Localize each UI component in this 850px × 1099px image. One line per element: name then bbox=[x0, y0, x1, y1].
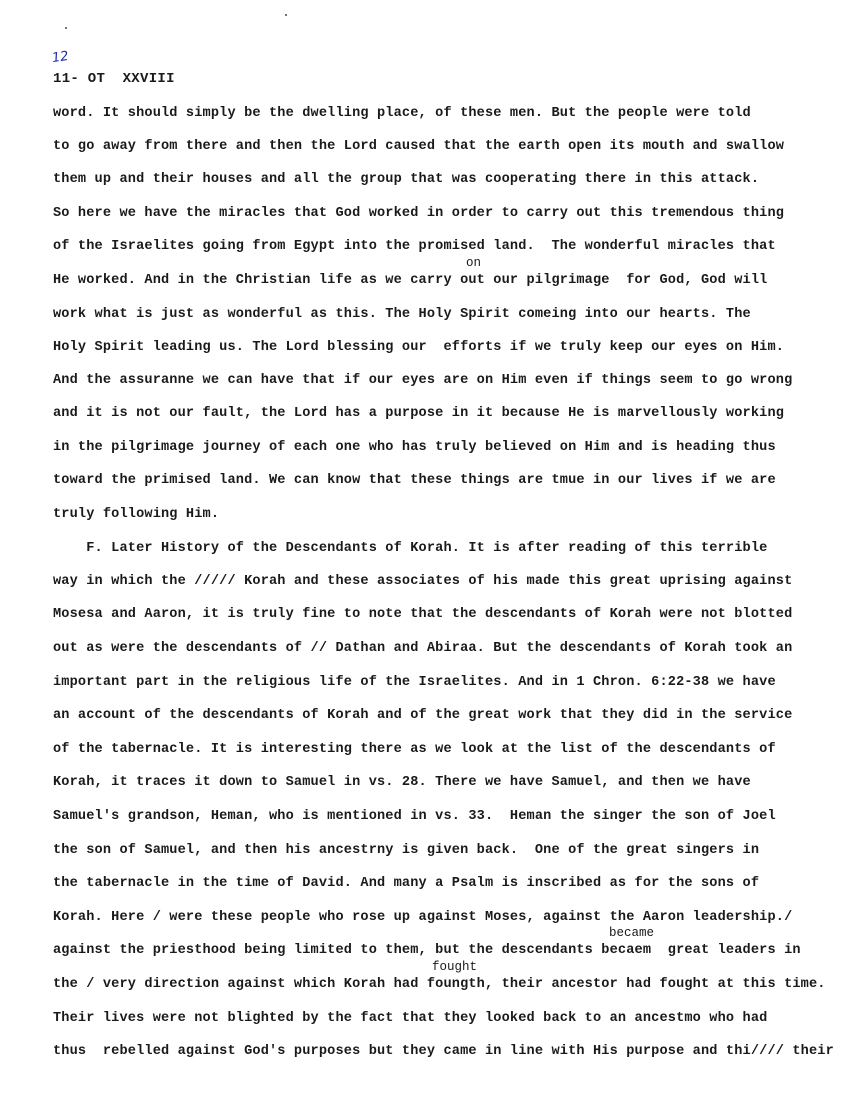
scan-speck bbox=[285, 14, 287, 16]
text-line: an account of the descendants of Korah a… bbox=[53, 708, 792, 723]
text-line: of the Israelites going from Egypt into … bbox=[53, 239, 776, 254]
text-line: Korah, it traces it down to Samuel in vs… bbox=[53, 775, 751, 790]
section-heading-line: F. Later History of the Descendants of K… bbox=[53, 541, 767, 556]
text-line: toward the primised land. We can know th… bbox=[53, 473, 776, 488]
text-line: Mosesa and Aaron, it is truly fine to no… bbox=[53, 607, 792, 622]
page-header: 11- OT XXVIII bbox=[53, 71, 175, 87]
text-line: and it is not our fault, the Lord has a … bbox=[53, 406, 784, 421]
text-line: He worked. And in the Christian life as … bbox=[53, 273, 767, 288]
text-line: to go away from there and then the Lord … bbox=[53, 139, 784, 154]
text-line: truly following Him. bbox=[53, 507, 219, 522]
document-page: 12 11- OT XXVIII word. It should simply … bbox=[0, 0, 850, 1099]
interlinear-insertion: became bbox=[609, 926, 654, 940]
interlinear-insertion: fought bbox=[432, 960, 477, 974]
text-line: important part in the religious life of … bbox=[53, 675, 776, 690]
text-line: out as were the descendants of // Dathan… bbox=[53, 641, 792, 656]
text-line: way in which the ///// Korah and these a… bbox=[53, 574, 792, 589]
text-line: So here we have the miracles that God wo… bbox=[53, 206, 784, 221]
text-line: them up and their houses and all the gro… bbox=[53, 172, 759, 187]
text-line: Their lives were not blighted by the fac… bbox=[53, 1011, 767, 1026]
text-line: of the tabernacle. It is interesting the… bbox=[53, 742, 776, 757]
text-line: thus rebelled against God's purposes but… bbox=[53, 1044, 834, 1059]
text-line: And the assuranne we can have that if ou… bbox=[53, 373, 792, 388]
handwritten-page-number: 12 bbox=[51, 49, 69, 66]
text-line: Korah. Here / were these people who rose… bbox=[53, 910, 792, 925]
text-line: against the priesthood being limited to … bbox=[53, 943, 801, 958]
text-line: the son of Samuel, and then his ancestrn… bbox=[53, 843, 759, 858]
text-line: in the pilgrimage journey of each one wh… bbox=[53, 440, 776, 455]
text-line: the / very direction against which Korah… bbox=[53, 977, 826, 992]
text-line: the tabernacle in the time of David. And… bbox=[53, 876, 759, 891]
text-line: Holy Spirit leading us. The Lord blessin… bbox=[53, 340, 784, 355]
interlinear-insertion: on bbox=[466, 256, 481, 270]
scan-speck bbox=[65, 27, 67, 29]
text-line: word. It should simply be the dwelling p… bbox=[53, 106, 751, 121]
text-line: Samuel's grandson, Heman, who is mention… bbox=[53, 809, 776, 824]
text-line: work what is just as wonderful as this. … bbox=[53, 307, 751, 322]
